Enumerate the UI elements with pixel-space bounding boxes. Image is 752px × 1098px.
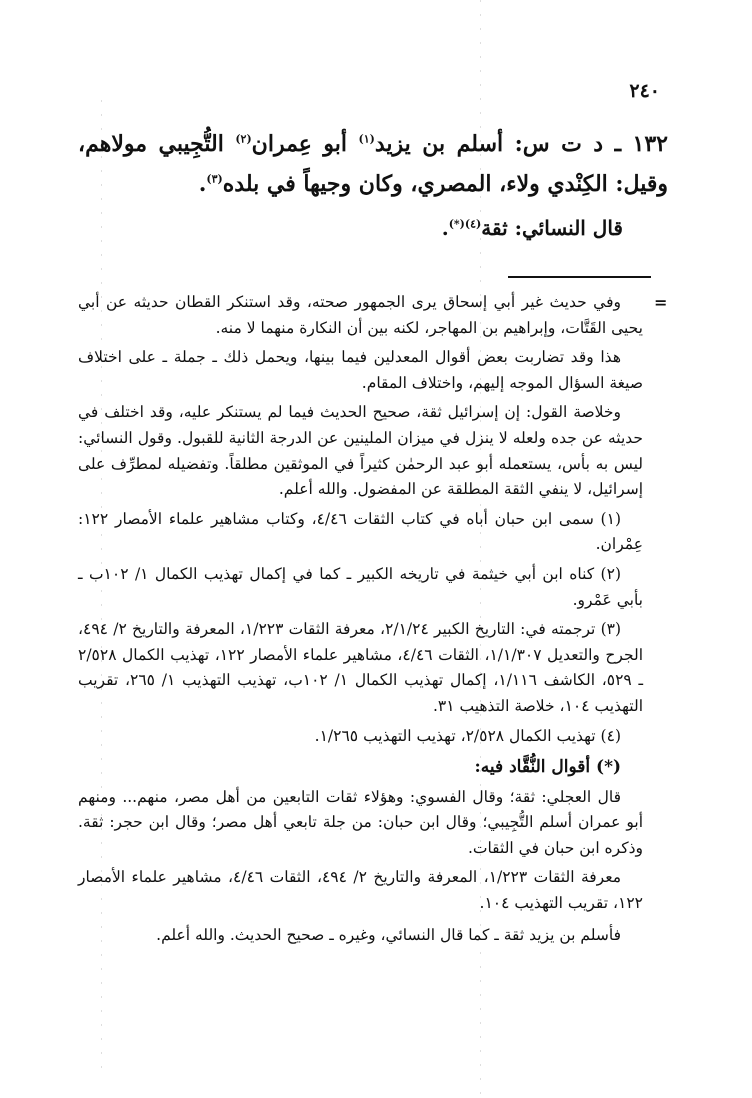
page-number: ٢٤٠ <box>600 80 660 102</box>
critics-conclusion: فأسلم بن يزيد ثقة ـ كما قال النسائي، وغي… <box>78 923 643 949</box>
continuation-marker: = <box>654 293 667 312</box>
biography-entry: ١٣٢ ـ د ت س: أسلم بن يزيد(١) أبو عِمران(… <box>78 124 668 204</box>
critics-statements: قال العجلي: ثقة؛ وقال الفسوي: وهؤلاء ثقا… <box>78 785 643 862</box>
nasai-verdict-text: قال النسائي: ثقة <box>481 216 623 240</box>
footnote-continuation-3: وخلاصة القول: إن إسرائيل ثقة، صحيح الحدي… <box>78 400 643 502</box>
nasai-verdict: قال النسائي: ثقة(٤)(*). <box>78 216 623 240</box>
footnotes-section: وفي حديث غير أبي إسحاق يرى الجمهور صحته،… <box>78 290 643 948</box>
entry-heading-line: ١٣٢ ـ د ت س: أسلم بن يزيد(١) أبو عِمران(… <box>78 124 668 164</box>
footnote-3: (٣) ترجمته في: التاريخ الكبير ٢/١/٢٤، مع… <box>78 617 643 719</box>
footnote-1: (١) سمى ابن حبان أباه في كتاب الثقات ٤/٤… <box>78 507 643 558</box>
footnote-ref-1[interactable]: (١) <box>359 133 375 146</box>
nasai-period: . <box>442 216 449 240</box>
footnote-continuation-1: وفي حديث غير أبي إسحاق يرى الجمهور صحته،… <box>78 290 643 341</box>
footnote-ref-3[interactable]: (٣) <box>206 173 222 186</box>
critics-sources: معرفة الثقات ١/٢٢٣، المعرفة والتاريخ ٢/ … <box>78 865 643 916</box>
entry-heading-text: ١٣٢ ـ د ت س: أسلم بن يزيد <box>375 131 668 157</box>
footnote-ref-2[interactable]: (٢) <box>235 133 251 146</box>
book-page: ٢٤٠ ١٣٢ ـ د ت س: أسلم بن يزيد(١) أبو عِم… <box>0 0 752 1098</box>
critics-heading: (*) أقوال النُّقَّاد فيه: <box>78 755 643 781</box>
entry-second-line: وقيل: الكِنْدي ولاء، المصري، وكان وجيهاً… <box>78 164 668 204</box>
footnote-4: (٤) تهذيب الكمال ٢/٥٢٨، تهذيب التهذيب ١/… <box>78 724 643 750</box>
footnote-separator <box>508 276 651 278</box>
entry-kunya: أبو عِمران <box>252 131 359 157</box>
entry-nisba: التُّجِيبي مولاهم، <box>78 131 235 157</box>
footnote-2: (٢) كناه ابن أبي خيثمة في تاريخه الكبير … <box>78 562 643 613</box>
entry-alt-nisba: وقيل: الكِنْدي ولاء، المصري، وكان وجيهاً… <box>223 171 668 197</box>
footnote-continuation-2: هذا وقد تضاربت بعض أقوال المعدلين فيما ب… <box>78 345 643 396</box>
footnote-ref-4-star[interactable]: (٤)(*) <box>449 217 482 230</box>
